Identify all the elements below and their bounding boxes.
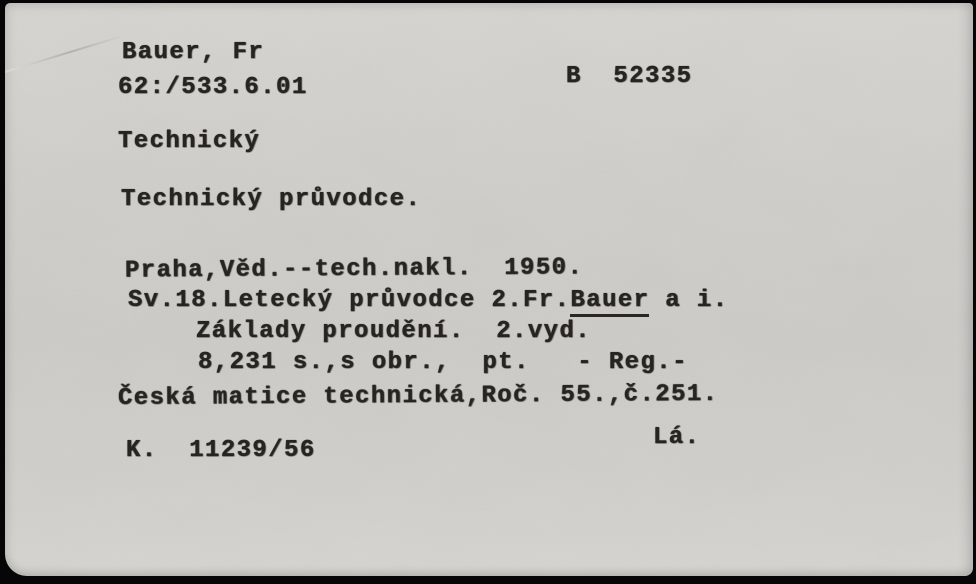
author-heading: Bauer, Fr: [122, 39, 264, 66]
series-note-line: Česká matice technická,Roč. 55.,č.251.: [118, 381, 719, 412]
series-statement-prefix: Sv.18.Letecký průvodce 2.Fr.: [128, 287, 570, 314]
imprint-line: Praha,Věd.--tech.nakl. 1950.: [125, 254, 583, 284]
paper-crease: [5, 35, 124, 78]
cataloger-initials: Lá.: [653, 424, 700, 451]
title-line: Technický průvodce.: [121, 186, 421, 213]
series-statement-suffix: a i.: [649, 287, 728, 314]
classification-number: 62:/533.6.01: [118, 74, 308, 101]
collation-line: 8,231 s.,s obr., pt. - Reg.-: [198, 349, 688, 376]
subject-keyword: Technický: [118, 128, 260, 155]
accession-number: B 52335: [566, 63, 692, 90]
scan-background: Bauer, Fr 62:/533.6.01 B 52335 Technický…: [0, 0, 976, 584]
record-number: K. 11239/56: [126, 437, 316, 464]
series-statement-line: Sv.18.Letecký průvodce 2.Fr.Bauer a i.: [128, 287, 729, 314]
catalog-card: Bauer, Fr 62:/533.6.01 B 52335 Technický…: [5, 3, 973, 576]
edition-line: Základy proudění. 2.vyd.: [196, 318, 591, 345]
series-author-underlined: Bauer: [570, 287, 649, 317]
